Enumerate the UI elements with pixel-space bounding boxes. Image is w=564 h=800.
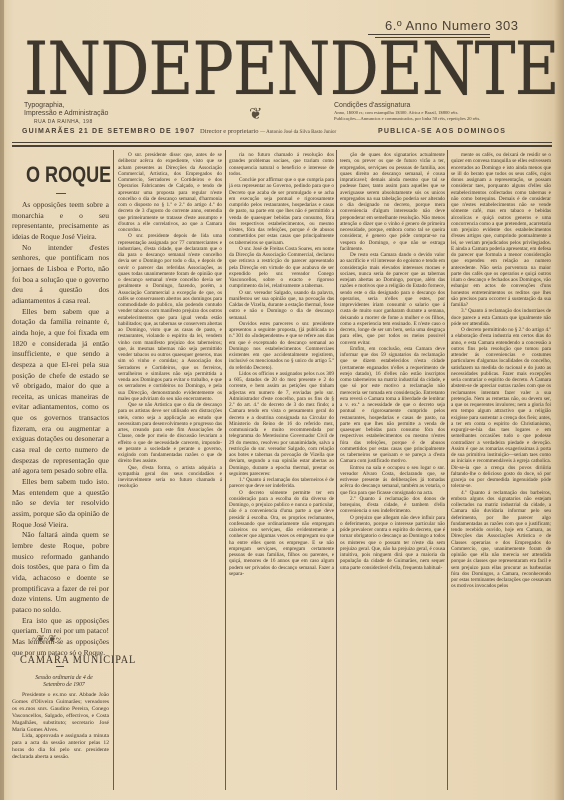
title-divider bbox=[56, 666, 64, 667]
header-rule bbox=[12, 142, 552, 143]
paragraph: O decreto permittindo no § 2.º do artigo… bbox=[451, 327, 551, 490]
director-label: Director e proprietario bbox=[200, 128, 258, 135]
director-name: — Antonio José da Silva Basto Junior bbox=[260, 130, 336, 135]
paragraph: Presidente o ex.mo snr. Abbade João Gome… bbox=[12, 692, 109, 733]
paragraph: 2.º Quanto á reclamação dos donos de bot… bbox=[340, 496, 445, 515]
header-rule-thick bbox=[12, 145, 552, 147]
paragraph: As opposições teem sobre a monarchia e o… bbox=[12, 200, 109, 243]
paragraph: 4.º Quanto á reclamação dos barbeiros, e… bbox=[451, 490, 551, 590]
article-body-camara: Presidente o ex.mo snr. Abbade João Gome… bbox=[12, 692, 109, 761]
paragraph: Lidos os officios e assignados pelos n.o… bbox=[229, 371, 334, 477]
publication-schedule: PUBLICA-SE AOS DOMINGOS bbox=[378, 128, 506, 135]
paragraph: O snr. vereador Salgado, usando da palav… bbox=[229, 290, 334, 321]
director-line: Director e proprietario — Antonio José d… bbox=[200, 128, 336, 135]
ornament-icon: ❦ bbox=[249, 104, 262, 124]
paragraph: 1.º Quanto á reclamação dos taberneiros … bbox=[229, 477, 334, 490]
paragraph: O snr. presidente depois de lida uma rep… bbox=[118, 233, 222, 402]
column-2: O snr. presidente disse: que, antes de s… bbox=[118, 152, 222, 797]
paragraph: Ouvidos estes pareceres o snr. president… bbox=[229, 321, 334, 371]
column-3: ria no futuro chamado á resolução dos gr… bbox=[229, 152, 334, 797]
page-edge-shadow-right bbox=[554, 0, 564, 800]
column-divider bbox=[447, 150, 448, 790]
conditions-publications: Publicações—Annuncios e communicados, po… bbox=[334, 116, 480, 122]
paragraph: Conclúe por affirmar que o que cumpria p… bbox=[229, 177, 334, 246]
column-4: ção de quaes dos signatarios actualmente… bbox=[340, 152, 445, 797]
paragraph: O snr. José de Freitas Costa Soares, em … bbox=[229, 246, 334, 290]
article-body-roque: As opposições teem sobre a monarchia e o… bbox=[12, 200, 109, 658]
administration-line: Impressão e Administração bbox=[24, 110, 108, 118]
column-divider bbox=[113, 150, 114, 790]
paragraph: Não faltará ainda quem se lembre deste R… bbox=[12, 530, 109, 615]
column-divider bbox=[225, 150, 226, 790]
typography-line: Typographia, bbox=[24, 102, 108, 110]
paragraph: ria no futuro chamado á resolução dos gr… bbox=[229, 152, 334, 177]
typography-info: Typographia, Impressão e Administração R… bbox=[24, 102, 108, 126]
subscription-conditions: Condições d'assignatura Anno, 1$000 rs; … bbox=[334, 102, 480, 122]
masthead-title: INDEPENDENTE bbox=[24, 40, 419, 100]
paragraph: Entrou na sala e occupou o seu logar o s… bbox=[340, 465, 445, 496]
paragraph: Elles bem sabem tudo isto. Mas entendem … bbox=[12, 477, 109, 530]
fleuron-ornament-icon: ~❦~❦~ bbox=[32, 634, 60, 645]
paragraph: Elles bem sabem que a dotação da familia… bbox=[12, 307, 109, 478]
paragraph: mente os cafés, ou deixará de residir se… bbox=[451, 152, 551, 308]
paragraph: O snr. presidente disse: que, antes de s… bbox=[118, 152, 222, 233]
paragraph: O decreto sómente permitte ter em consid… bbox=[229, 490, 334, 578]
session-subtitle: Sessão ordinaria de 4 de Setembro de 190… bbox=[24, 675, 104, 689]
paragraph: Emfim, em conclusão, esta Camara deve in… bbox=[340, 346, 445, 465]
paragraph: Lida, approvada e assignada a minuta par… bbox=[12, 733, 109, 761]
paragraph: De resto esta Camara dando o devido valo… bbox=[340, 252, 445, 346]
paragraph: Que, d'esta forma, o artista adquiria a … bbox=[118, 465, 222, 490]
column-divider bbox=[336, 150, 337, 790]
paragraph: No intender d'estes senhores, que pontif… bbox=[12, 243, 109, 307]
paragraph: ção de quaes dos signatarios actualmente… bbox=[340, 152, 445, 252]
title-divider bbox=[56, 193, 66, 194]
address: RUA DA RAINHA, 198 bbox=[24, 118, 108, 126]
dateline: GUIMARÃES 21 DE SETEMBRO DE 1907 bbox=[22, 128, 195, 135]
paragraph: O prejuizo que allegam não deve influir … bbox=[340, 515, 445, 571]
paragraph: Que se não Artistica que o dia de descan… bbox=[118, 402, 222, 465]
paragraph: 3.º Quanto á reclamação dos industriaes … bbox=[451, 308, 551, 327]
newspaper-page: 6.º Anno Numero 303 INDEPENDENTE Typogra… bbox=[0, 0, 564, 800]
conditions-title: Condições d'assignatura bbox=[334, 102, 480, 110]
page-edge-shadow bbox=[0, 0, 4, 800]
article-title: O ROQUE bbox=[26, 162, 111, 188]
column-5: mente os cafés, ou deixará de residir se… bbox=[451, 152, 551, 792]
